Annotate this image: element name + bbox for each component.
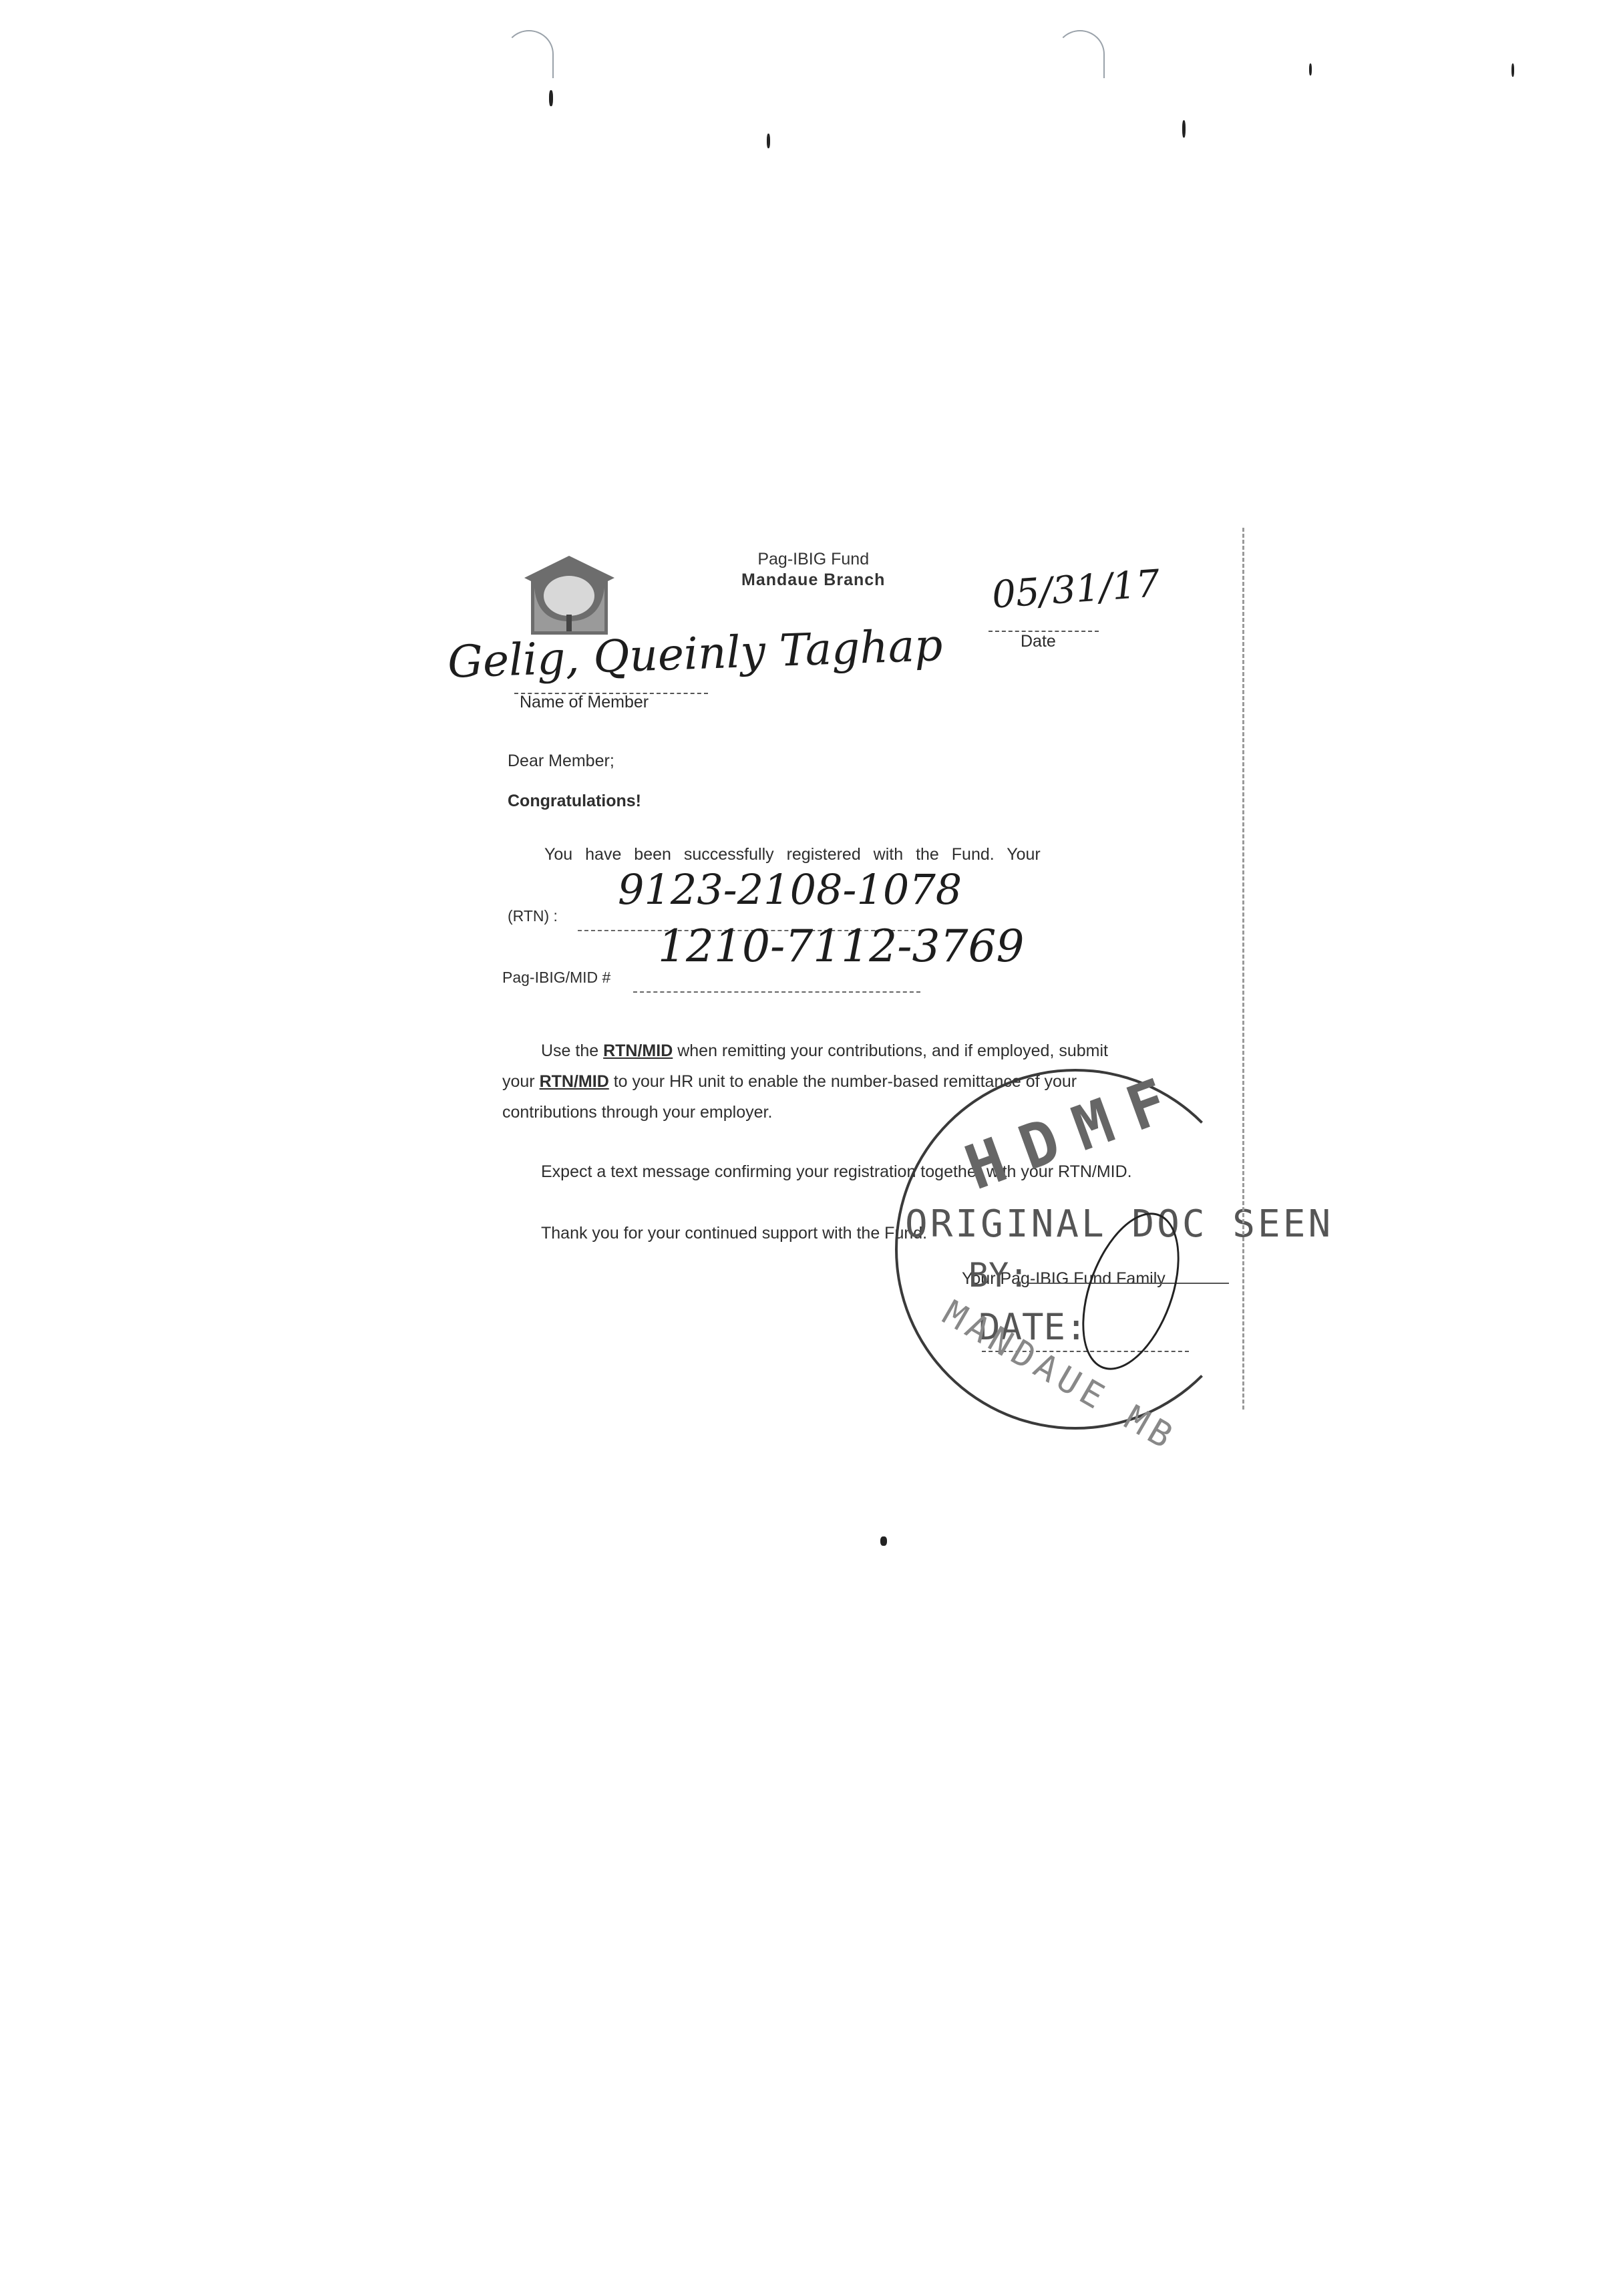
scan-speck (1182, 120, 1186, 138)
member-name-label: Name of Member (520, 693, 649, 712)
registered-line: You have been successfully registered wi… (544, 845, 1041, 864)
date-label: Date (1021, 632, 1056, 651)
rtn-mid-term: RTN/MID (540, 1072, 609, 1091)
congratulations: Congratulations! (508, 792, 641, 811)
scan-speck (1511, 63, 1514, 77)
usage-text: your (502, 1072, 540, 1091)
org-name: Pag-IBIG Fund (741, 549, 885, 570)
rtn-mid-term: RTN/MID (603, 1041, 673, 1060)
usage-text: when remitting your contributions, and i… (673, 1041, 1108, 1060)
registration-letter: Pag-IBIG Fund Mandaue Branch 05/31/17 Da… (441, 528, 1249, 1476)
scan-artifact-arc (504, 30, 554, 78)
mid-value: 1210-7112-3769 (658, 921, 1025, 972)
stamp-by-label: BY: (968, 1256, 1029, 1295)
mid-underline (633, 991, 920, 993)
rtn-value: 9123-2108-1078 (618, 865, 962, 914)
page-edge-dashed (1242, 528, 1244, 1410)
scan-speck (1309, 63, 1312, 75)
thanks-line: Thank you for your continued support wit… (541, 1224, 927, 1243)
mid-label: Pag-IBIG/MID # (502, 969, 610, 987)
scan-artifact-arc (1055, 30, 1105, 78)
scan-speck (767, 134, 770, 148)
scan-speck (880, 1536, 887, 1546)
scan-speck (549, 90, 553, 106)
usage-text: Use the (541, 1041, 603, 1060)
salutation: Dear Member; (508, 752, 614, 771)
pag-ibig-house-logo-icon (521, 554, 618, 638)
letterhead: Pag-IBIG Fund Mandaue Branch (741, 549, 885, 591)
date-value: 05/31/17 (991, 562, 1161, 617)
branch-name: Mandaue Branch (741, 570, 885, 591)
rtn-label: (RTN) : (508, 907, 558, 925)
